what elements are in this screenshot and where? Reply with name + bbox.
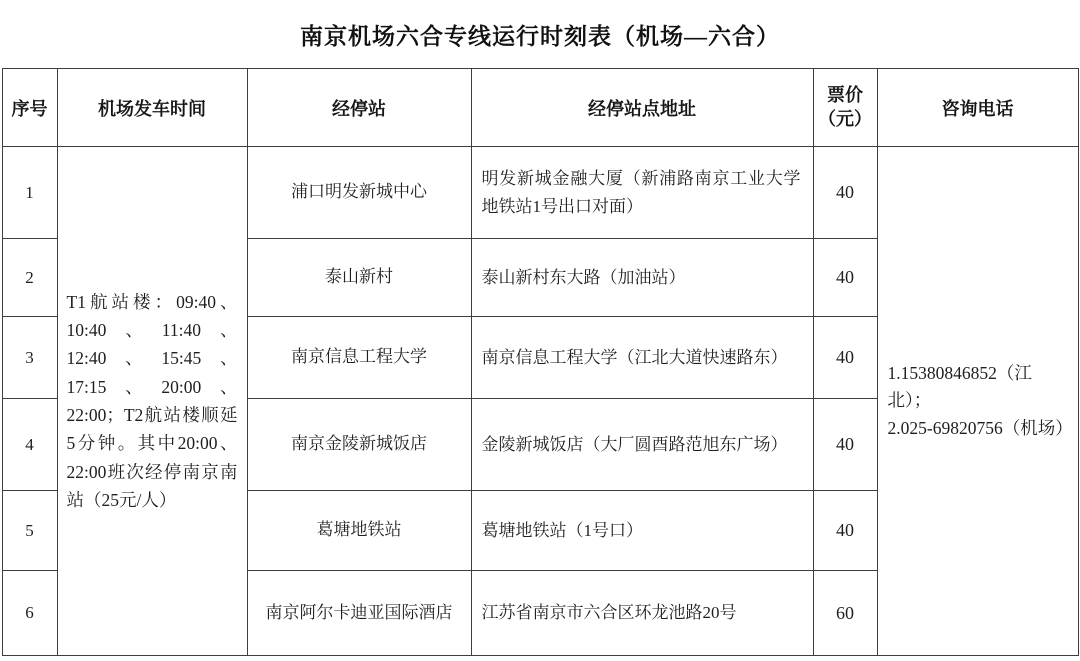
col-header-stop: 经停站 xyxy=(247,69,471,147)
stop-name-cell: 南京信息工程大学 xyxy=(247,317,471,399)
row-number-cell: 2 xyxy=(2,239,57,317)
stop-name-cell: 南京金陵新城饭店 xyxy=(247,399,471,491)
timetable-page: 南京机场六合专线运行时刻表（机场—六合） 序号 机场发车时间 经停站 经停站点地… xyxy=(0,0,1080,661)
header-row: 序号 机场发车时间 经停站 经停站点地址 票价 （元） 咨询电话 xyxy=(2,69,1078,147)
price-cell: 40 xyxy=(813,147,877,239)
price-cell: 40 xyxy=(813,239,877,317)
schedule-table: 序号 机场发车时间 经停站 经停站点地址 票价 （元） 咨询电话 1 T1航站楼… xyxy=(2,68,1079,656)
stop-address-cell: 泰山新村东大路（加油站） xyxy=(471,239,813,317)
col-header-phone: 咨询电话 xyxy=(877,69,1078,147)
page-title: 南京机场六合专线运行时刻表（机场—六合） xyxy=(0,0,1080,68)
stop-name-cell: 葛塘地铁站 xyxy=(247,491,471,571)
stop-address-cell: 江苏省南京市六合区环龙池路20号 xyxy=(471,571,813,656)
stop-address-cell: 南京信息工程大学（江北大道快速路东） xyxy=(471,317,813,399)
departure-time-cell: T1航站楼：09:40、10:40、11:40、12:40、15:45、17:1… xyxy=(57,147,247,656)
stop-address-cell: 葛塘地铁站（1号口） xyxy=(471,491,813,571)
price-cell: 60 xyxy=(813,571,877,656)
stop-name-cell: 泰山新村 xyxy=(247,239,471,317)
row-number-cell: 5 xyxy=(2,491,57,571)
stop-name-cell: 南京阿尔卡迪亚国际酒店 xyxy=(247,571,471,656)
col-header-no: 序号 xyxy=(2,69,57,147)
stop-address-cell: 明发新城金融大厦（新浦路南京工业大学地铁站1号出口对面） xyxy=(471,147,813,239)
row-number-cell: 6 xyxy=(2,571,57,656)
col-header-price: 票价 （元） xyxy=(813,69,877,147)
price-cell: 40 xyxy=(813,399,877,491)
row-number-cell: 4 xyxy=(2,399,57,491)
col-header-address: 经停站点地址 xyxy=(471,69,813,147)
stop-name-cell: 浦口明发新城中心 xyxy=(247,147,471,239)
price-cell: 40 xyxy=(813,491,877,571)
table-row: 1 T1航站楼：09:40、10:40、11:40、12:40、15:45、17… xyxy=(2,147,1078,239)
phone-cell: 1.15380846852（江北）； 2.025-69820756（机场） xyxy=(877,147,1078,656)
price-cell: 40 xyxy=(813,317,877,399)
row-number-cell: 3 xyxy=(2,317,57,399)
stop-address-cell: 金陵新城饭店（大厂圆酉路范旭东广场） xyxy=(471,399,813,491)
col-header-departure: 机场发车时间 xyxy=(57,69,247,147)
row-number-cell: 1 xyxy=(2,147,57,239)
